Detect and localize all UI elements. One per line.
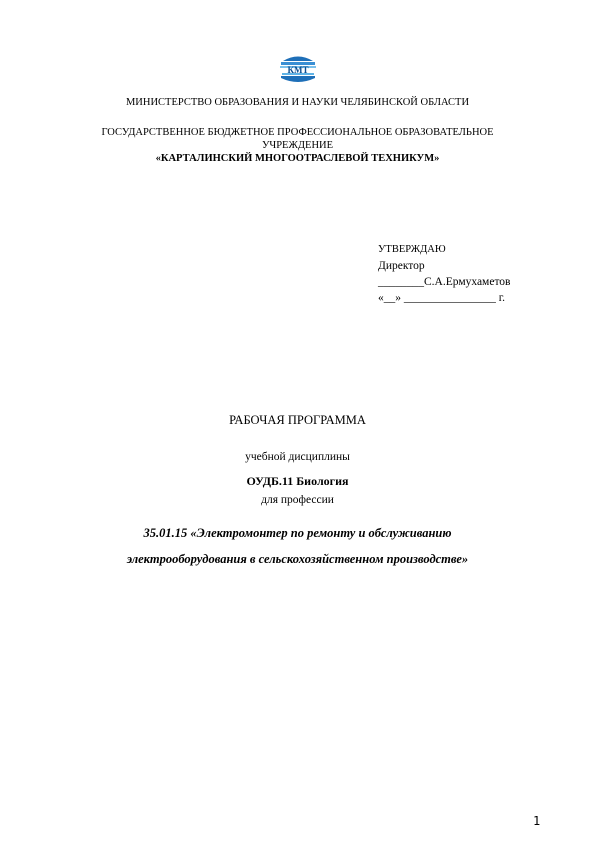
approval-signature: ________С.А.Ермухаметов [378, 274, 511, 290]
institution-name: «КАРТАЛИНСКИЙ МНОГООТРАСЛЕВОЙ ТЕХНИКУМ» [0, 153, 595, 164]
document-subtitle: учебной дисциплины [0, 451, 595, 463]
document-title: РАБОЧАЯ ПРОГРАММА [0, 413, 595, 428]
for-profession-label: для профессии [0, 494, 595, 506]
profession-line2: электрооборудования в сельскохозяйственн… [0, 546, 595, 572]
approval-label: УТВЕРЖДАЮ [378, 242, 511, 258]
discipline-name: ОУДБ.11 Биология [0, 474, 595, 489]
institution-type-line1: ГОСУДАРСТВЕННОЕ БЮДЖЕТНОЕ ПРОФЕССИОНАЛЬН… [0, 126, 595, 139]
institution-type-line2: УЧРЕЖДЕНИЕ [0, 139, 595, 152]
profession-line1: 35.01.15 «Электромонтер по ремонту и обс… [0, 520, 595, 546]
approval-block: УТВЕРЖДАЮ Директор ________С.А.Ермухамет… [378, 242, 511, 306]
page-number: 1 [533, 814, 540, 828]
svg-text:КМТ: КМТ [287, 65, 308, 75]
profession-name: 35.01.15 «Электромонтер по ремонту и обс… [0, 520, 595, 572]
approval-position: Директор [378, 258, 511, 274]
institution-type: ГОСУДАРСТВЕННОЕ БЮДЖЕТНОЕ ПРОФЕССИОНАЛЬН… [0, 126, 595, 152]
approval-date: «__» ________________ г. [378, 290, 511, 306]
ministry-heading: МИНИСТЕРСТВО ОБРАЗОВАНИЯ И НАУКИ ЧЕЛЯБИН… [0, 97, 595, 108]
college-logo-icon: КМТ [277, 52, 319, 86]
